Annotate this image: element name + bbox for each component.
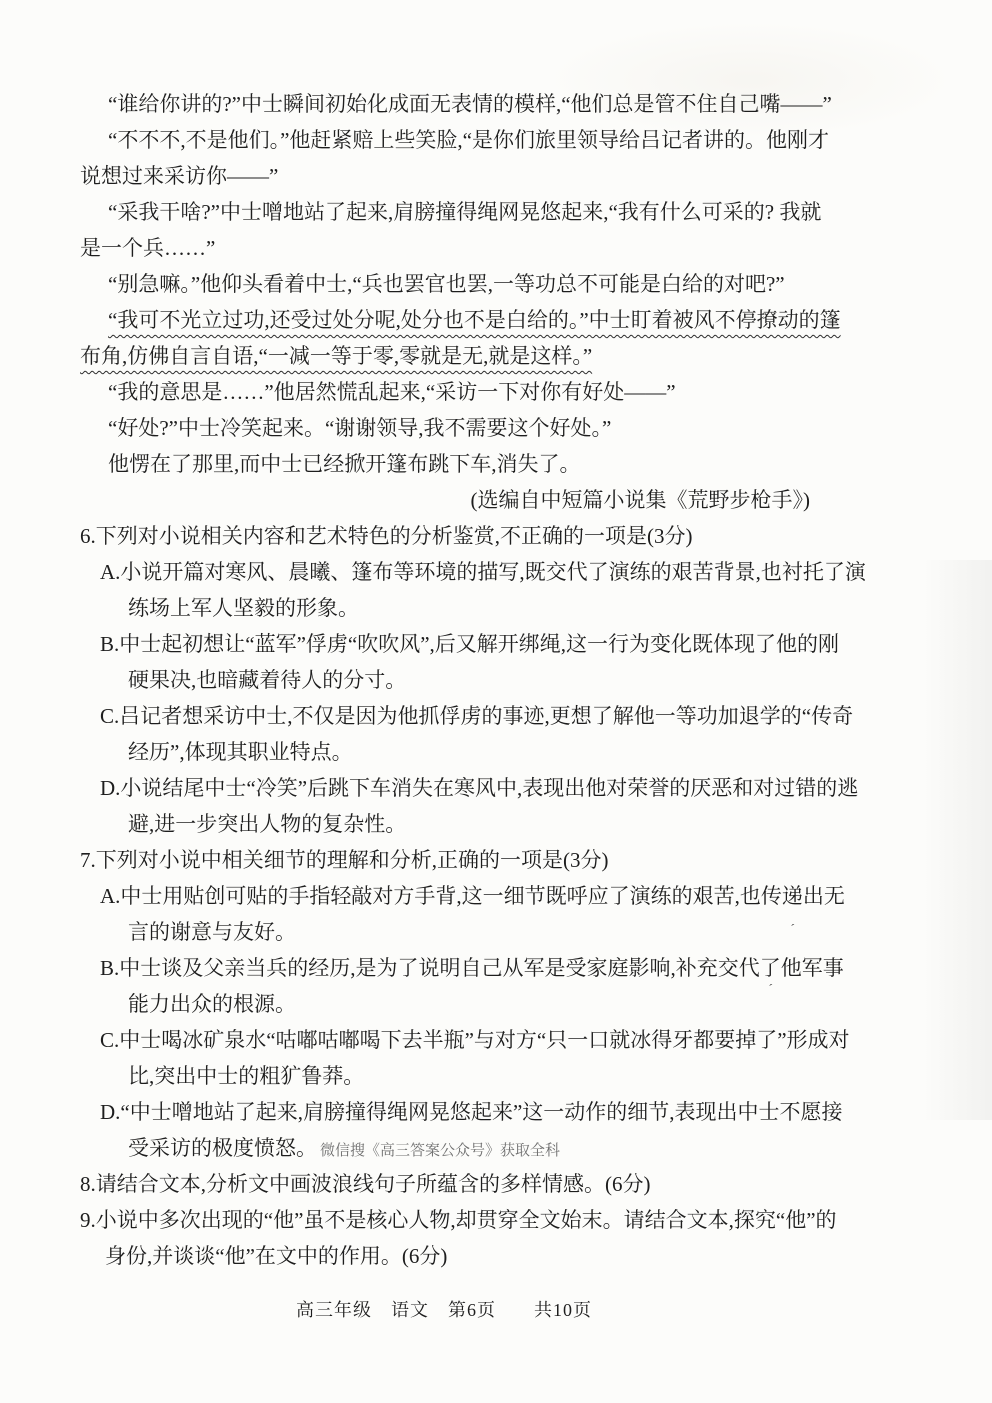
line-text: 避,进一步突出人物的复杂性。 — [128, 812, 406, 836]
text-line: 布角,仿佛自言自语,“一减一等于零,零就是无,就是这样。” — [80, 338, 906, 374]
line-text: 能力出众的根源。 — [128, 992, 296, 1016]
text-line: 能力出众的根源。 — [80, 986, 906, 1022]
text-line: A.小说开篇对寒风、晨曦、篷布等环境的描写,既交代了演练的艰苦背景,也衬托了演 — [80, 554, 906, 590]
text-line: 说想过来采访你——” — [80, 158, 906, 194]
line-text: “采我干啥?”中士噌地站了起来,肩膀撞得绳网晃悠起来,“我有什么可采的? 我就 — [108, 200, 821, 224]
line-text: 他愣在了那里,而中士已经掀开篷布跳下车,消失了。 — [108, 452, 581, 476]
text-line: “不不不,不是他们。”他赶紧赔上些笑脸,“是你们旅里领导给吕记者讲的。他刚才 — [80, 122, 906, 158]
page-footer: 高三年级 语文 第6页 共10页 — [0, 1296, 940, 1322]
exam-paper-page: ˊ ˊ “谁给你讲的?”中士瞬间初始化成面无表情的模样,“他们总是管不住自己嘴—… — [0, 0, 992, 1403]
line-text: 受采访的极度愤怒。 — [128, 1136, 317, 1160]
text-line: “好处?”中士冷笑起来。“谢谢领导,我不需要这个好处。” — [80, 410, 906, 446]
line-text: B.中士起初想让“蓝军”俘虏“吹吹风”,后又解开绑绳,这一行为变化既体现了他的刚 — [100, 632, 839, 656]
text-line: “我的意思是……”他居然慌乱起来,“采访一下对你有好处——” — [80, 374, 906, 410]
line-text: “谁给你讲的?”中士瞬间初始化成面无表情的模样,“他们总是管不住自己嘴——” — [108, 92, 832, 116]
line-text: 6.下列对小说相关内容和艺术特色的分析鉴赏,不正确的一项是(3分) — [80, 524, 692, 548]
line-text: A.中士用贴创可贴的手指轻敲对方手背,这一细节既呼应了演练的艰苦,也传递出无 — [100, 884, 845, 908]
scan-smudge — [922, 560, 992, 1120]
line-text: 9.小说中多次出现的“他”虽不是核心人物,却贯穿全文始末。请结合文本,探究“他”… — [80, 1208, 837, 1232]
text-line: D.“中士噌地站了起来,肩膀撞得绳网晃悠起来”这一动作的细节,表现出中士不愿接 — [80, 1094, 906, 1130]
text-line: B.中士谈及父亲当兵的经历,是为了说明自己从军是受家庭影响,补充交代了他军事 — [80, 950, 906, 986]
line-text: C.中士喝冰矿泉水“咕嘟咕嘟喝下去半瓶”与对方“只一口就冰得牙都要掉了”形成对 — [100, 1028, 850, 1052]
text-line: D.小说结尾中士“冷笑”后跳下车消失在寒风中,表现出他对荣誉的厌恶和对过错的逃 — [80, 770, 906, 806]
text-line: 硬果决,也暗藏着待人的分寸。 — [80, 662, 906, 698]
text-line: 练场上军人坚毅的形象。 — [80, 590, 906, 626]
passage-and-questions: “谁给你讲的?”中士瞬间初始化成面无表情的模样,“他们总是管不住自己嘴——”“不… — [80, 86, 906, 1274]
text-line: “谁给你讲的?”中士瞬间初始化成面无表情的模样,“他们总是管不住自己嘴——” — [80, 86, 906, 122]
line-text: 是一个兵……” — [80, 236, 215, 260]
text-line: 7.下列对小说中相关细节的理解和分析,正确的一项是(3分) — [80, 842, 906, 878]
text-line: “采我干啥?”中士噌地站了起来,肩膀撞得绳网晃悠起来,“我有什么可采的? 我就 — [80, 194, 906, 230]
line-text: 比,突出中士的粗犷鲁莽。 — [128, 1064, 364, 1088]
text-line: 身份,并谈谈“他”在文中的作用。(6分) — [80, 1238, 906, 1274]
line-text: 身份,并谈谈“他”在文中的作用。(6分) — [105, 1244, 447, 1268]
text-line: “别急嘛。”他仰头看着中士,“兵也罢官也罢,一等功总不可能是白给的对吧?” — [80, 266, 906, 302]
line-text: 练场上军人坚毅的形象。 — [128, 596, 359, 620]
text-line: 言的谢意与友好。 — [80, 914, 906, 950]
text-line: 6.下列对小说相关内容和艺术特色的分析鉴赏,不正确的一项是(3分) — [80, 518, 906, 554]
line-text: “不不不,不是他们。”他赶紧赔上些笑脸,“是你们旅里领导给吕记者讲的。他刚才 — [108, 128, 829, 152]
text-line: B.中士起初想让“蓝军”俘虏“吹吹风”,后又解开绑绳,这一行为变化既体现了他的刚 — [80, 626, 906, 662]
line-text: D.小说结尾中士“冷笑”后跳下车消失在寒风中,表现出他对荣誉的厌恶和对过错的逃 — [100, 776, 858, 800]
line-text: C.吕记者想采访中士,不仅是因为他抓俘虏的事迹,更想了解他一等功加退学的“传奇 — [100, 704, 853, 728]
text-line: C.吕记者想采访中士,不仅是因为他抓俘虏的事迹,更想了解他一等功加退学的“传奇 — [80, 698, 906, 734]
line-text: 言的谢意与友好。 — [128, 920, 296, 944]
line-text: B.中士谈及父亲当兵的经历,是为了说明自己从军是受家庭影响,补充交代了他军事 — [100, 956, 844, 980]
text-line: “我可不光立过功,还受过处分呢,处分也不是白给的。”中士盯着被风不停撩动的篷 — [80, 302, 906, 338]
text-line: 比,突出中士的粗犷鲁莽。 — [80, 1058, 906, 1094]
text-line: 9.小说中多次出现的“他”虽不是核心人物,却贯穿全文始末。请结合文本,探究“他”… — [80, 1202, 906, 1238]
text-line: 避,进一步突出人物的复杂性。 — [80, 806, 906, 842]
text-line: 受采访的极度愤怒。微信搜《高三答案公众号》获取全科 — [80, 1130, 906, 1166]
line-text: “好处?”中士冷笑起来。“谢谢领导,我不需要这个好处。” — [108, 416, 611, 440]
line-text: 8.请结合文本,分析文中画波浪线句子所蕴含的多样情感。(6分) — [80, 1172, 650, 1196]
line-text: (选编自中短篇小说集《荒野步枪手》) — [471, 488, 811, 512]
line-text: 布角,仿佛自言自语,“一减一等于零,零就是无,就是这样。” — [80, 344, 592, 368]
line-text: 说想过来采访你——” — [80, 164, 278, 188]
line-text: A.小说开篇对寒风、晨曦、篷布等环境的描写,既交代了演练的艰苦背景,也衬托了演 — [100, 560, 866, 584]
text-line: (选编自中短篇小说集《荒野步枪手》) — [80, 482, 906, 518]
line-text: 硬果决,也暗藏着待人的分寸。 — [128, 668, 406, 692]
line-text: 经历”,体现其职业特点。 — [128, 740, 353, 764]
line-text: “我的意思是……”他居然慌乱起来,“采访一下对你有好处——” — [108, 380, 676, 404]
text-line: C.中士喝冰矿泉水“咕嘟咕嘟喝下去半瓶”与对方“只一口就冰得牙都要掉了”形成对 — [80, 1022, 906, 1058]
line-text: D.“中士噌地站了起来,肩膀撞得绳网晃悠起来”这一动作的细节,表现出中士不愿接 — [100, 1100, 843, 1124]
text-line: 经历”,体现其职业特点。 — [80, 734, 906, 770]
line-text: “别急嘛。”他仰头看着中士,“兵也罢官也罢,一等功总不可能是白给的对吧?” — [108, 272, 785, 296]
text-line: 8.请结合文本,分析文中画波浪线句子所蕴含的多样情感。(6分) — [80, 1166, 906, 1202]
watermark-text: 微信搜《高三答案公众号》获取全科 — [320, 1143, 560, 1159]
line-text: 7.下列对小说中相关细节的理解和分析,正确的一项是(3分) — [80, 848, 608, 872]
line-text: “我可不光立过功,还受过处分呢,处分也不是白给的。”中士盯着被风不停撩动的篷 — [108, 308, 841, 332]
text-line: 是一个兵……” — [80, 230, 906, 266]
text-line: 他愣在了那里,而中士已经掀开篷布跳下车,消失了。 — [80, 446, 906, 482]
text-line: A.中士用贴创可贴的手指轻敲对方手背,这一细节既呼应了演练的艰苦,也传递出无 — [80, 878, 906, 914]
